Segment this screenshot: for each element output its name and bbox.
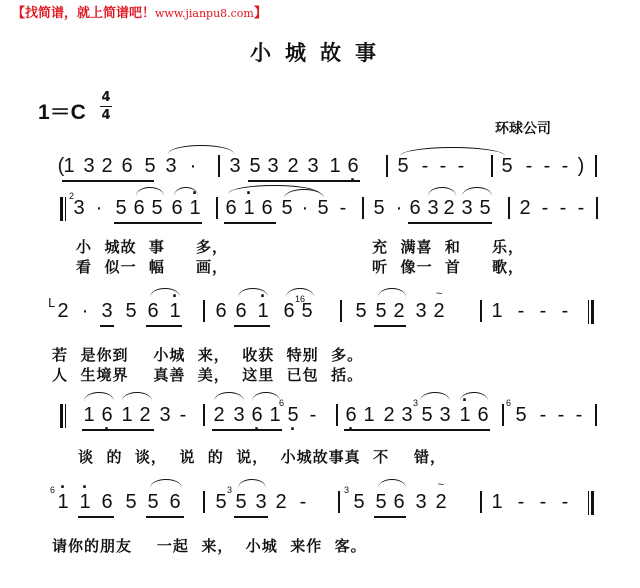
note: 1	[120, 402, 134, 428]
barline	[502, 404, 504, 426]
note: -	[336, 195, 350, 221]
note: -	[296, 489, 310, 515]
note: 5	[280, 195, 294, 221]
note: ·	[298, 195, 312, 221]
banner-label: 【找简谱，就上简谱吧！	[12, 6, 155, 21]
underline	[82, 429, 154, 431]
slur	[84, 392, 114, 401]
lyrics-chorus-1: 谈 的 谈， 说 的 说， 小城故事真 不 错，	[78, 446, 446, 467]
banner-end: 】	[254, 6, 267, 21]
note: 6	[120, 153, 134, 179]
note: 5	[478, 195, 492, 221]
time-signature: 4 4	[100, 90, 112, 123]
note: 5	[374, 298, 388, 324]
lyrics-verse2-a: 看 似一 幅 画，	[76, 256, 228, 277]
slur	[150, 479, 182, 488]
note: 3	[100, 298, 114, 324]
staff-line-2: 2 3 · 5 6 5 6 1 6 1 6 5 · 5 - 5 · 6 3 2 …	[0, 195, 640, 225]
note: 2	[56, 298, 70, 324]
note: 3	[232, 402, 246, 428]
lyrics-verse1-a: 小 城故 事 多，	[76, 236, 228, 257]
note: 5	[143, 153, 157, 179]
note: 5	[124, 489, 138, 515]
note: -	[558, 489, 572, 515]
note: 6	[250, 402, 264, 428]
barline	[218, 155, 220, 177]
note: ·	[392, 195, 406, 221]
repeat-end	[588, 491, 595, 515]
staff-line-3: ᒪ 2 · 3 5 6 1 6 6 1 6 16 5 5 5 2 3 2 ~ 1…	[0, 298, 640, 328]
underline	[374, 325, 406, 327]
note: 2	[434, 489, 448, 515]
barline	[480, 491, 482, 513]
note: 3	[228, 153, 242, 179]
underline	[100, 325, 114, 327]
barline	[362, 197, 364, 219]
note: 3	[72, 195, 86, 221]
grace-note: 6	[506, 398, 511, 408]
note: 3	[266, 153, 280, 179]
slur	[462, 187, 492, 196]
underline	[224, 222, 276, 224]
underline	[212, 429, 282, 431]
note: 2	[138, 402, 152, 428]
song-title: 小城故事	[0, 37, 640, 67]
underline	[248, 180, 360, 182]
barline	[595, 404, 597, 426]
note: 5	[396, 153, 410, 179]
note: 5	[286, 402, 300, 428]
note: 3	[438, 402, 452, 428]
note: -	[536, 402, 550, 428]
note: -	[454, 153, 468, 179]
note: -	[554, 402, 568, 428]
note: 2	[442, 195, 456, 221]
note: 6	[408, 195, 422, 221]
barline	[336, 404, 338, 426]
note: -	[514, 489, 528, 515]
lyrics-chorus-2: 请你的朋友 一起 来， 小城 来作 客。	[52, 535, 367, 556]
note: 3	[82, 153, 96, 179]
note: 1	[62, 153, 76, 179]
note: 5	[372, 195, 386, 221]
note: 6	[214, 298, 228, 324]
key-signature: 1＝C	[38, 96, 86, 126]
note: 3	[254, 489, 268, 515]
note: 5	[234, 489, 248, 515]
note: 6	[224, 195, 238, 221]
note: 5	[300, 298, 314, 324]
underline	[146, 325, 182, 327]
underline	[234, 516, 268, 518]
note: 3	[460, 195, 474, 221]
note: 1	[490, 298, 504, 324]
note: 3	[164, 153, 178, 179]
note: 5	[124, 298, 138, 324]
note: 5	[374, 489, 388, 515]
slur	[238, 479, 266, 488]
note: 6	[170, 195, 184, 221]
note: -	[536, 298, 550, 324]
note: 1	[490, 489, 504, 515]
note: 6	[344, 402, 358, 428]
note: -	[176, 402, 190, 428]
grace-note: 6	[50, 485, 55, 495]
note: 1	[78, 489, 92, 515]
underline	[78, 516, 114, 518]
barline	[508, 197, 510, 219]
underline	[146, 516, 184, 518]
note: 5	[146, 489, 160, 515]
grace-note: 3	[413, 398, 418, 408]
source-banner: 【找简谱，就上简谱吧！www.jianpu8.com】	[12, 2, 267, 21]
note: 6	[132, 195, 146, 221]
note: 2	[274, 489, 288, 515]
time-sig-top: 4	[100, 90, 112, 105]
note: 2	[432, 298, 446, 324]
note: 5	[420, 402, 434, 428]
banner-url[interactable]: www.jianpu8.com	[155, 7, 254, 20]
note: 1	[256, 298, 270, 324]
slur	[284, 189, 324, 198]
note: ·	[78, 298, 92, 324]
note: 6	[168, 489, 182, 515]
note: 1	[362, 402, 376, 428]
note: 3	[400, 402, 414, 428]
barline	[203, 300, 205, 322]
note: 1	[242, 195, 256, 221]
barline	[216, 197, 218, 219]
note: -	[540, 153, 554, 179]
note: 6	[282, 298, 296, 324]
note: 1	[82, 402, 96, 428]
note: 6	[146, 298, 160, 324]
lyrics-verse1: 若 是你到 小城 来， 收获 特别 多。	[52, 344, 363, 365]
note: 5	[150, 195, 164, 221]
note: 5	[248, 153, 262, 179]
underline	[114, 222, 202, 224]
note: 6	[476, 402, 490, 428]
note: 5	[214, 489, 228, 515]
note: 1	[458, 402, 472, 428]
slur	[214, 392, 244, 401]
note: 1	[188, 195, 202, 221]
note: ·	[186, 153, 200, 179]
slur	[428, 187, 456, 196]
grace-note: 3	[344, 485, 349, 495]
slur	[286, 288, 314, 297]
barline	[595, 155, 597, 177]
note: 3	[414, 489, 428, 515]
note: -	[538, 195, 552, 221]
note: 2	[392, 298, 406, 324]
barline	[596, 197, 598, 219]
note: -	[558, 153, 572, 179]
staff-line-4: 1 6 1 2 3 - 2 3 6 1 6 5 - 6 1 2 3 3 5 3 …	[0, 402, 640, 432]
barline	[338, 491, 340, 513]
note: 1	[168, 298, 182, 324]
note: 3	[414, 298, 428, 324]
composer: 环球公司	[495, 118, 551, 138]
note: 3	[306, 153, 320, 179]
note: 6	[100, 489, 114, 515]
lyrics-verse1-b: 充 满喜 和 乐，	[372, 236, 524, 257]
staff-line-5: 6 1 1 6 5 5 6 5 3 5 3 2 - 3 5 5 6 3 2 ~ …	[0, 489, 640, 519]
underline	[344, 429, 490, 431]
slur	[378, 479, 406, 488]
note: 2	[518, 195, 532, 221]
note: -	[556, 195, 570, 221]
barline	[340, 300, 342, 322]
slur	[252, 392, 280, 401]
staff-line-1: ( 1 3 2 6 5 3 · 3 5 3 2 3 1 6 5 - - - 5 …	[0, 153, 640, 183]
note: 1	[328, 153, 342, 179]
note: 6	[234, 298, 248, 324]
slur	[122, 392, 152, 401]
slur	[420, 392, 450, 401]
note: 3	[426, 195, 440, 221]
barline	[203, 491, 205, 513]
note: 2	[382, 402, 396, 428]
repeat-end	[588, 300, 595, 324]
lyrics-verse2-b: 听 像一 首 歌，	[372, 256, 524, 277]
barline	[491, 155, 493, 177]
note: 1	[56, 489, 70, 515]
note: -	[522, 153, 536, 179]
time-sig-bottom: 4	[100, 108, 112, 123]
note: 5	[316, 195, 330, 221]
underline	[62, 180, 154, 182]
note: 5	[352, 489, 366, 515]
note: 2	[212, 402, 226, 428]
note: 5	[354, 298, 368, 324]
volta-mark: ᒪ	[48, 296, 55, 310]
trill-mark: ~	[432, 288, 446, 300]
note: -	[306, 402, 320, 428]
note: 2	[286, 153, 300, 179]
lyrics-verse2: 人 生境界 真善 美， 这里 已包 括。	[52, 364, 363, 385]
note: 6	[260, 195, 274, 221]
barline	[386, 155, 388, 177]
barline	[203, 404, 205, 426]
tie	[168, 145, 234, 154]
note: -	[436, 153, 450, 179]
time-sig-divider	[100, 106, 112, 107]
note: 6	[100, 402, 114, 428]
note: 6	[392, 489, 406, 515]
note: -	[536, 489, 550, 515]
note: 6	[346, 153, 360, 179]
note: )	[574, 153, 588, 179]
note: ·	[92, 195, 106, 221]
note: -	[558, 298, 572, 324]
note: 3	[158, 402, 172, 428]
slur	[460, 392, 488, 401]
note: -	[572, 402, 586, 428]
repeat-start	[60, 404, 67, 428]
underline	[234, 325, 270, 327]
trill-mark: ~	[434, 479, 448, 491]
note: 5	[114, 195, 128, 221]
barline	[480, 300, 482, 322]
underline	[374, 516, 406, 518]
slur	[136, 187, 164, 196]
repeat-start	[60, 197, 67, 221]
note: -	[514, 298, 528, 324]
note: 5	[514, 402, 528, 428]
note: -	[418, 153, 432, 179]
note: 5	[500, 153, 514, 179]
note: 2	[100, 153, 114, 179]
grace-note: 3	[227, 485, 232, 495]
underline	[408, 222, 492, 224]
note: -	[574, 195, 588, 221]
slur	[378, 288, 406, 297]
tie	[400, 147, 505, 156]
